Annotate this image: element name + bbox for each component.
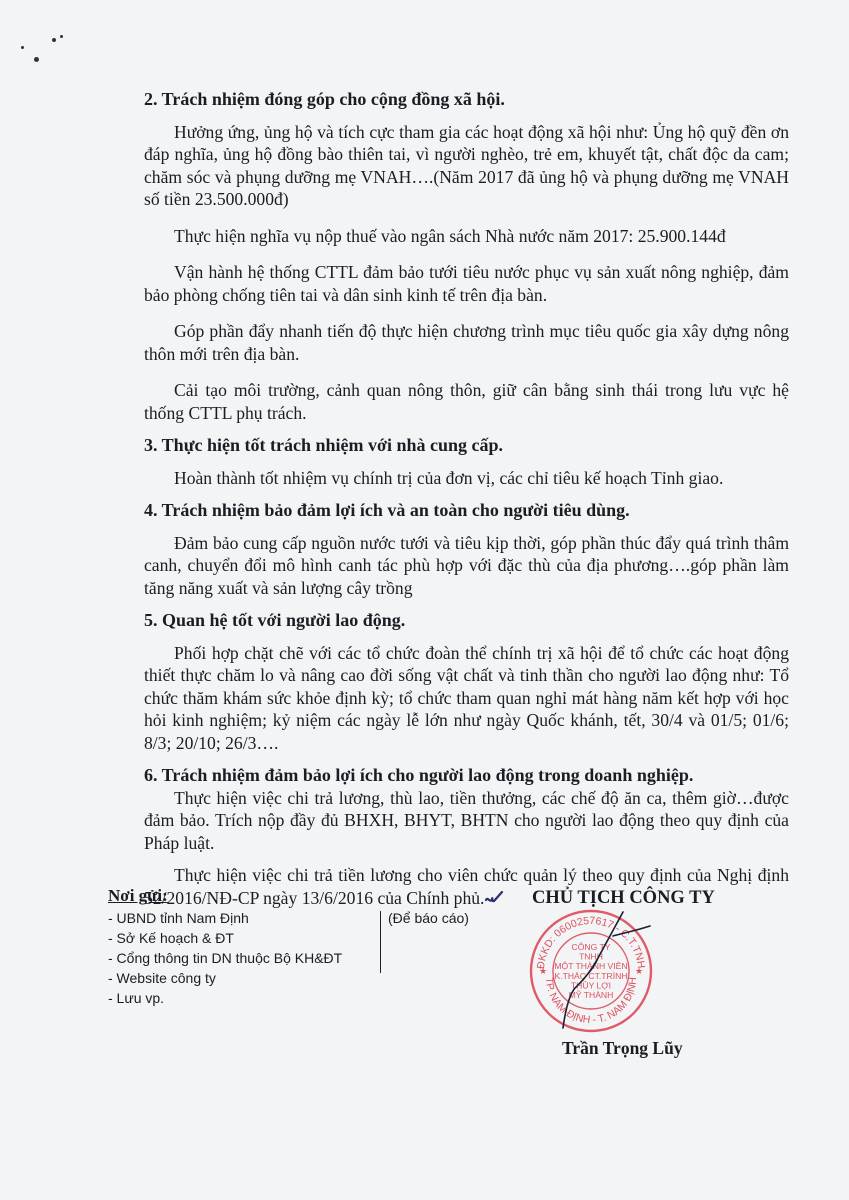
section-heading: 5. Quan hệ tốt với người lao động. xyxy=(144,609,789,632)
document-body: 2. Trách nhiệm đóng góp cho cộng đồng xã… xyxy=(144,88,789,909)
section-heading: 4. Trách nhiệm bảo đảm lợi ích và an toà… xyxy=(144,499,789,522)
recipients-bracket xyxy=(380,911,381,973)
paragraph: Thực hiện nghĩa vụ nộp thuế vào ngân sác… xyxy=(144,225,789,248)
paragraph: Góp phần đẩy nhanh tiến độ thực hiện chư… xyxy=(144,320,789,365)
section-5: 5. Quan hệ tốt với người lao động. Phối … xyxy=(144,609,789,754)
paragraph: Đảm bảo cung cấp nguồn nước tưới và tiêu… xyxy=(144,532,789,600)
initials-mark-icon xyxy=(484,890,504,906)
svg-text:★: ★ xyxy=(635,966,643,976)
recipient-item: - Website công ty xyxy=(108,968,342,988)
purpose-note: (Để báo cáo) xyxy=(388,908,469,928)
recipient-item: - UBND tỉnh Nam Định xyxy=(108,908,342,928)
paragraph: Vận hành hệ thống CTTL đảm bảo tưới tiêu… xyxy=(144,261,789,306)
svg-text:MỸ THÀNH: MỸ THÀNH xyxy=(569,990,614,1000)
signer-name: Trần Trọng Lũy xyxy=(562,1038,683,1059)
section-heading: 6. Trách nhiệm đảm bảo lợi ích cho người… xyxy=(144,764,789,787)
section-heading: 2. Trách nhiệm đóng góp cho cộng đồng xã… xyxy=(144,88,789,111)
recipients-list: - UBND tỉnh Nam Định - Sở Kế hoạch & ĐT … xyxy=(108,908,342,1008)
section-3: 3. Thực hiện tốt trách nhiệm với nhà cun… xyxy=(144,434,789,489)
recipient-item: - Sở Kế hoạch & ĐT xyxy=(108,928,342,948)
paragraph: Cải tạo môi trường, cảnh quan nông thôn,… xyxy=(144,379,789,424)
scan-specks xyxy=(18,30,78,70)
recipients-block: Nơi gửi: - UBND tỉnh Nam Định - Sở Kế ho… xyxy=(108,886,342,1008)
document-page: 2. Trách nhiệm đóng góp cho cộng đồng xã… xyxy=(0,0,849,1200)
paragraph: Hoàn thành tốt nhiệm vụ chính trị của đơ… xyxy=(144,467,789,490)
recipient-item: - Cổng thông tin DN thuộc Bộ KH&ĐT xyxy=(108,948,342,968)
section-heading: 3. Thực hiện tốt trách nhiệm với nhà cun… xyxy=(144,434,789,457)
recipient-item: - Lưu vp. xyxy=(108,988,342,1008)
paragraph: Thực hiện việc chi trả lương, thù lao, t… xyxy=(144,787,789,855)
signer-title: CHỦ TỊCH CÔNG TY xyxy=(532,888,715,909)
section-2: 2. Trách nhiệm đóng góp cho cộng đồng xã… xyxy=(144,88,789,424)
company-seal-icon: SĐKKD: 0600257617 - C.T.TNHH TP. NAM ĐỊN… xyxy=(528,908,654,1034)
paragraph: Phối hợp chặt chẽ với các tổ chức đoàn t… xyxy=(144,642,789,755)
svg-text:★: ★ xyxy=(539,966,547,976)
svg-text:K.THÁC CT.TRÌNH: K.THÁC CT.TRÌNH xyxy=(554,971,627,981)
paragraph: Hưởng ứng, ủng hộ và tích cực tham gia c… xyxy=(144,121,789,211)
recipients-label: Nơi gửi: xyxy=(108,886,342,906)
section-4: 4. Trách nhiệm bảo đảm lợi ích và an toà… xyxy=(144,499,789,599)
svg-text:THỦY LỢI: THỦY LỢI xyxy=(571,979,611,990)
